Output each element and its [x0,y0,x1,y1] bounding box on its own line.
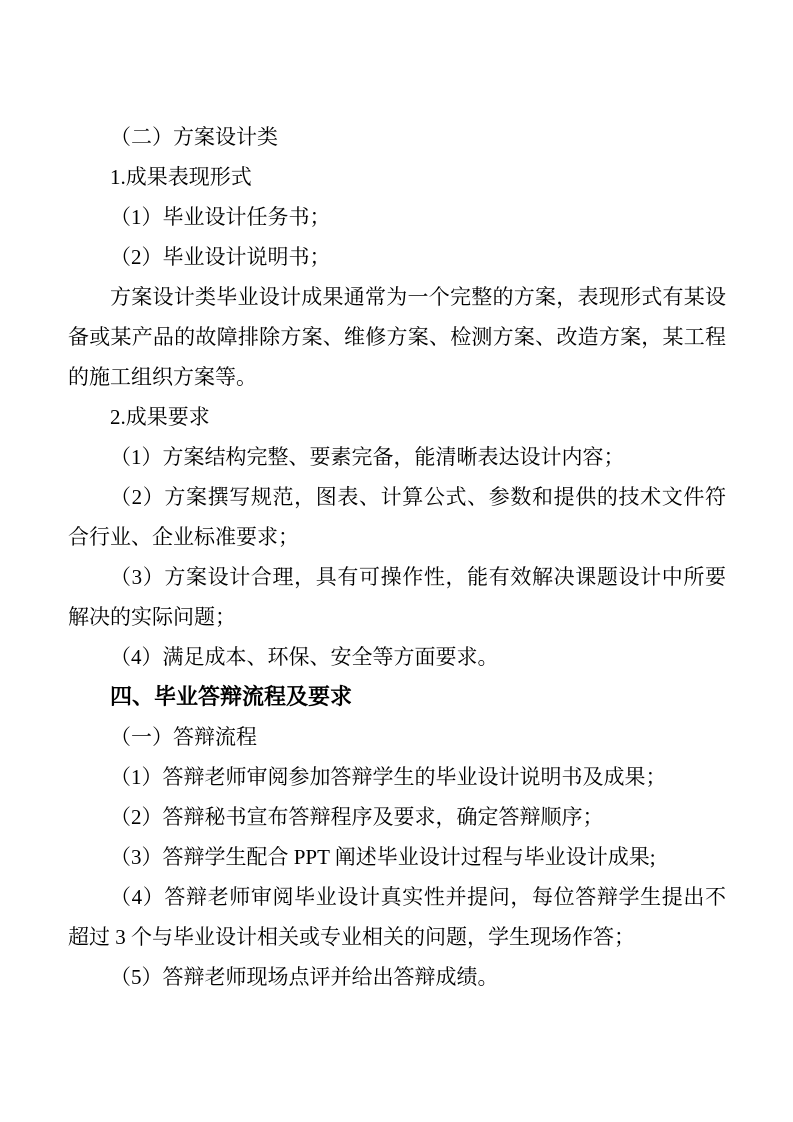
document-body: （二）方案设计类1.成果表现形式（1）毕业设计任务书；（2）毕业设计说明书；方案… [68,117,726,997]
paragraph: 2.成果要求 [68,397,726,437]
paragraph: 方案设计类毕业设计成果通常为一个完整的方案，表现形式有某设备或某产品的故障排除方… [68,277,726,397]
paragraph: （二）方案设计类 [68,117,726,157]
section-heading: 四、毕业答辩流程及要求 [68,677,726,717]
paragraph: （1）答辩老师审阅参加答辩学生的毕业设计说明书及成果； [68,757,726,797]
paragraph: 1.成果表现形式 [68,157,726,197]
paragraph: （1）方案结构完整、要素完备，能清晰表达设计内容； [68,437,726,477]
paragraph: （3）方案设计合理，具有可操作性，能有效解决课题设计中所要解决的实际问题； [68,557,726,637]
paragraph: （一）答辩流程 [68,717,726,757]
paragraph: （4）满足成本、环保、安全等方面要求。 [68,637,726,677]
paragraph: （2）答辩秘书宣布答辩程序及要求，确定答辩顺序； [68,797,726,837]
document-page: （二）方案设计类1.成果表现形式（1）毕业设计任务书；（2）毕业设计说明书；方案… [0,0,793,1122]
paragraph: （2）方案撰写规范，图表、计算公式、参数和提供的技术文件符合行业、企业标准要求； [68,477,726,557]
paragraph: （1）毕业设计任务书； [68,197,726,237]
paragraph: （4）答辩老师审阅毕业设计真实性并提问，每位答辩学生提出不超过 3 个与毕业设计… [68,877,726,957]
paragraph: （5）答辩老师现场点评并给出答辩成绩。 [68,957,726,997]
paragraph: （2）毕业设计说明书； [68,237,726,277]
paragraph: （3）答辩学生配合 PPT 阐述毕业设计过程与毕业设计成果; [68,837,726,877]
